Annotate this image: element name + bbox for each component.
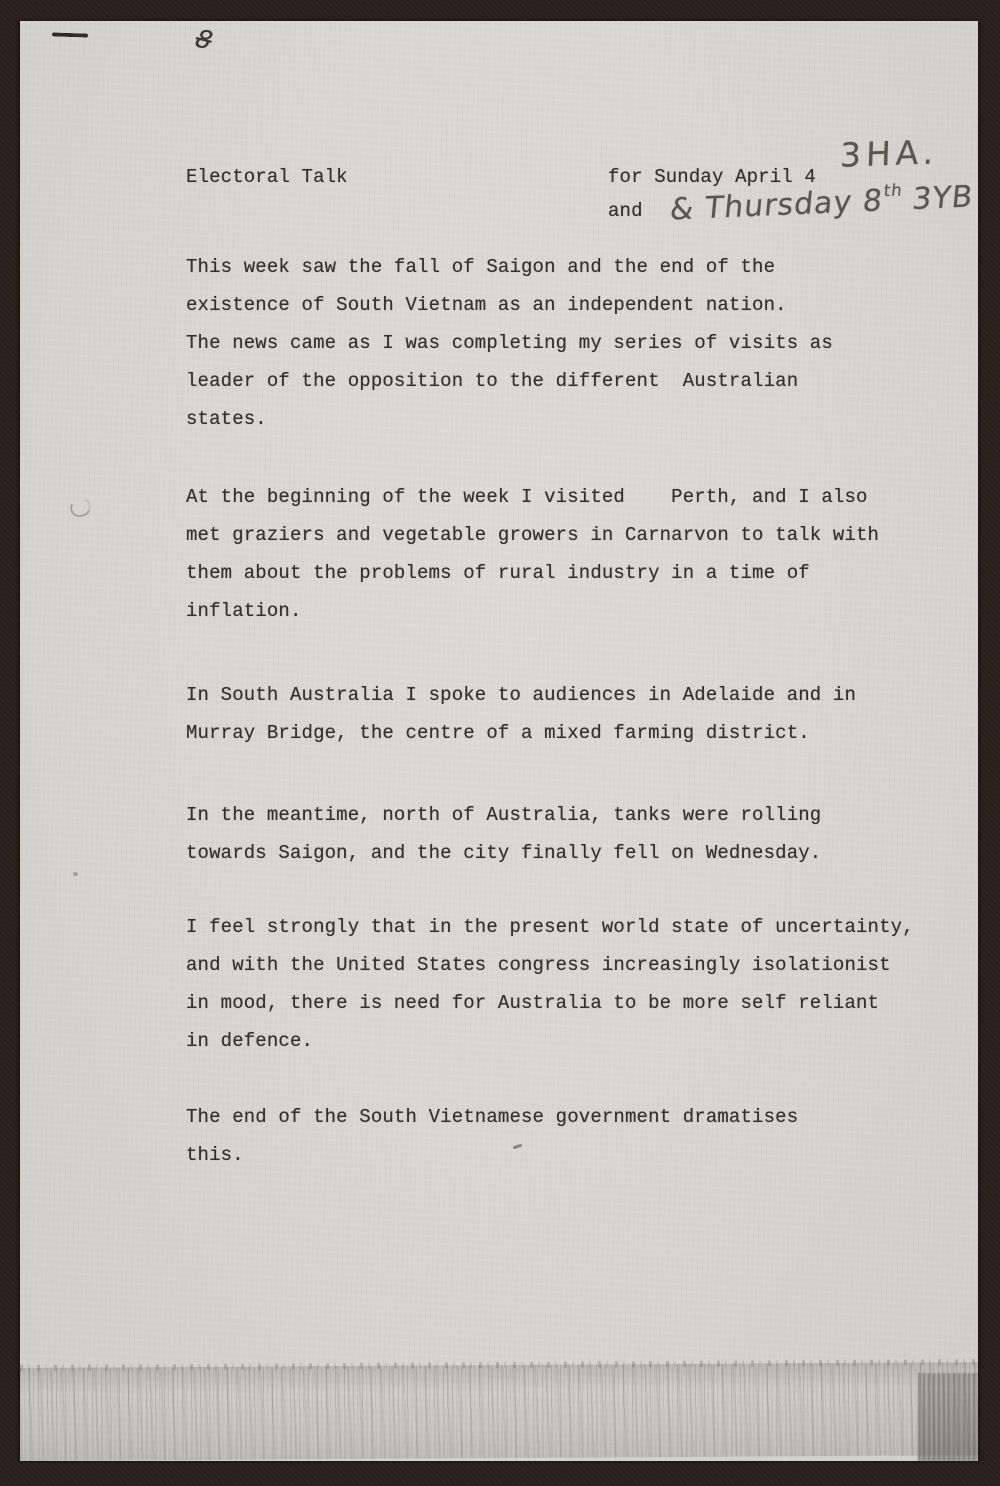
- document-page: 8 Electoral Talk for Sunday April 4 and …: [20, 21, 978, 1461]
- handwritten-ordinal-superscript: th: [883, 180, 904, 200]
- handwritten-station-3yb: 3YB: [900, 179, 975, 217]
- broadcast-and-word: and: [608, 192, 643, 230]
- paragraph-south-australia: In South Australia I spoke to audiences …: [186, 676, 956, 752]
- scan-artifact-band: [20, 1362, 978, 1461]
- handwritten-thursday-prefix: & Thursday 8: [668, 183, 884, 227]
- paragraph-conclusion: The end of the South Vietnamese governme…: [186, 1098, 956, 1174]
- scan-mat-background: 8 Electoral Talk for Sunday April 4 and …: [0, 0, 1000, 1486]
- paragraph-saigon-fall: This week saw the fall of Saigon and the…: [186, 248, 956, 438]
- margin-smudge-ring: [67, 495, 93, 520]
- paragraph-perth-visit: At the beginning of the week I visited P…: [186, 478, 956, 630]
- document-title: Electoral Talk: [186, 158, 348, 196]
- margin-speck: [73, 872, 78, 876]
- handwritten-dash-mark: [52, 32, 88, 37]
- paragraph-self-reliance: I feel strongly that in the present worl…: [186, 908, 956, 1060]
- paragraph-tanks-rolling: In the meantime, north of Australia, tan…: [186, 796, 956, 872]
- handwritten-station-3ha: 3HA.: [839, 132, 939, 175]
- handwritten-crossed-out-number: 8: [190, 24, 218, 54]
- scan-artifact-right-smudge: [918, 1373, 978, 1461]
